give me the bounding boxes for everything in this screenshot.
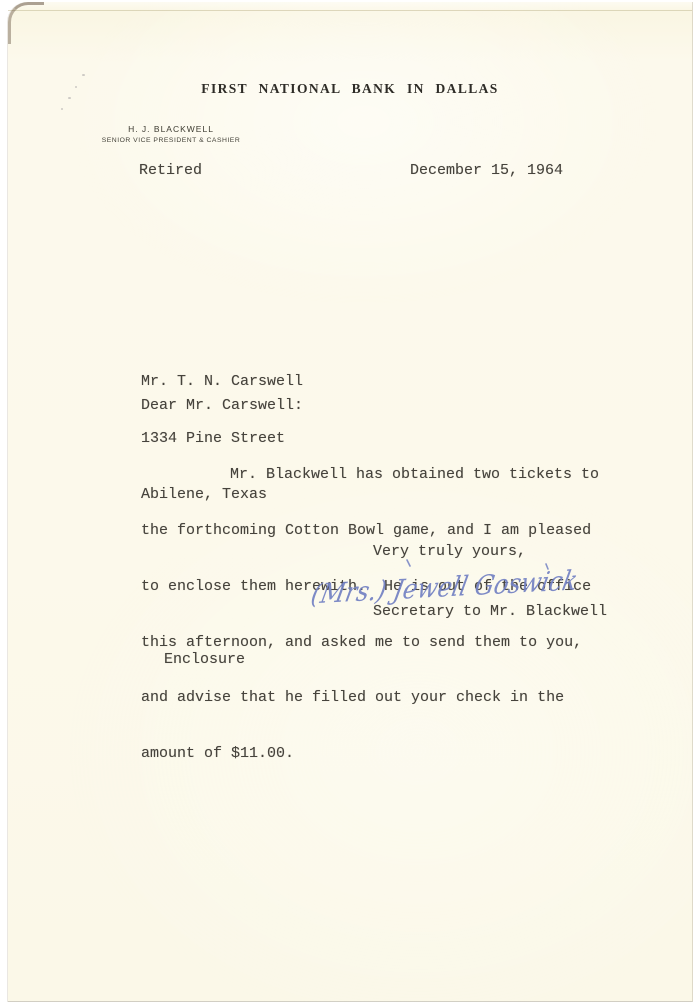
paper-corner-shadow: [8, 2, 44, 44]
date-line: December 15, 1964: [410, 162, 563, 181]
body-line: and advise that he filled out your check…: [141, 689, 603, 708]
paper-top-crease: [8, 10, 692, 11]
letterhead-bank-name: FIRST NATIONAL BANK IN DALLAS: [0, 81, 700, 97]
salutation: Dear Mr. Carswell:: [141, 397, 303, 416]
recipient-name: Mr. T. N. Carswell: [141, 373, 303, 392]
signer-title: Secretary to Mr. Blackwell: [373, 603, 607, 622]
body-line: amount of $11.00.: [141, 745, 603, 764]
body-line: this afternoon, and asked me to send the…: [141, 634, 603, 653]
scanned-letter-page: { "document": { "bank_name": "FIRST NATI…: [0, 0, 700, 1006]
signature-pen-tick: [407, 560, 410, 566]
letterhead-officer-block: H. J. BLACKWELL SENIOR VICE PRESIDENT & …: [96, 124, 246, 144]
body-line: the forthcoming Cotton Bowl game, and I …: [141, 522, 603, 541]
body-line: Mr. Blackwell has obtained two tickets t…: [141, 466, 603, 485]
enclosure-note: Enclosure: [164, 651, 245, 670]
officer-title: SENIOR VICE PRESIDENT & CASHIER: [96, 137, 246, 144]
status-note: Retired: [139, 162, 202, 181]
paper-speck: [61, 108, 63, 110]
officer-name: H. J. BLACKWELL: [96, 124, 246, 134]
paper-speck: [68, 97, 71, 99]
paper-speck: [82, 74, 85, 76]
